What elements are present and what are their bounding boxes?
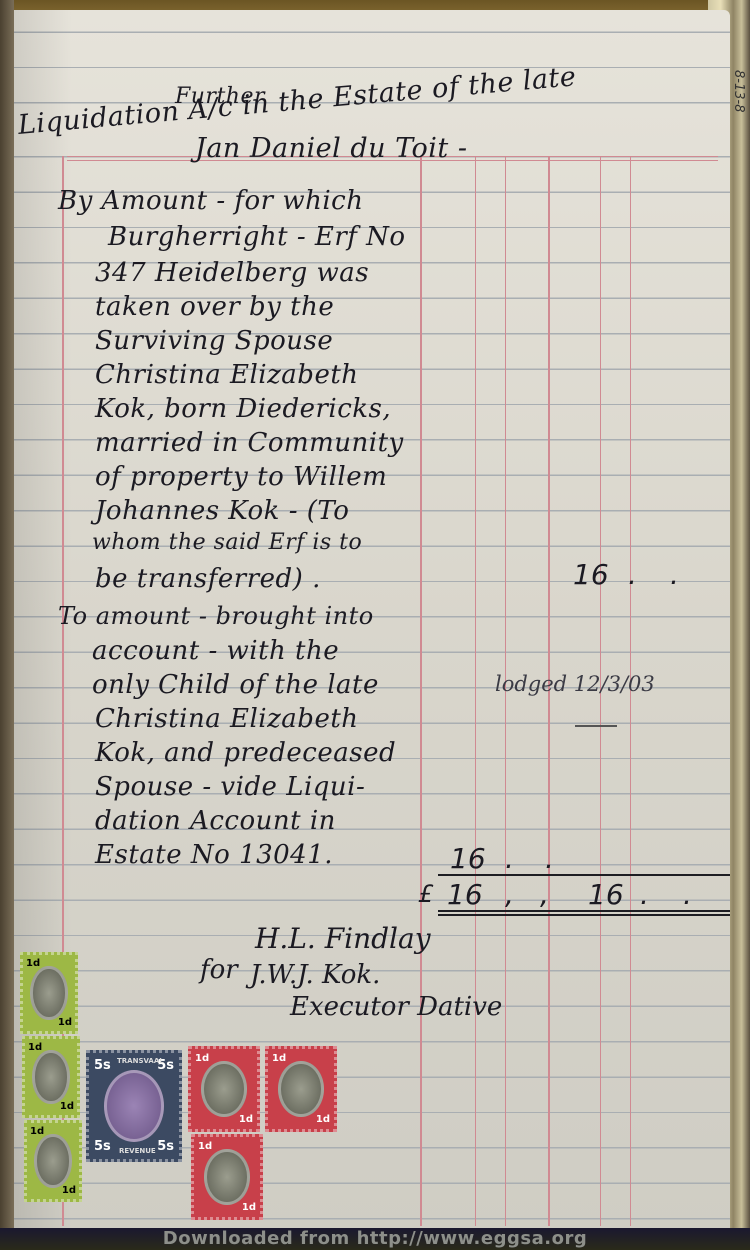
column-line (420, 156, 422, 1226)
entry-2-line: Christina Elizabeth (95, 704, 359, 734)
entry-2-pounds: 16 (450, 842, 486, 875)
entry-1-line: of property to Willem (95, 462, 387, 492)
book-spine (0, 0, 14, 1250)
entry-2-line: Spouse - vide Liqui- (95, 772, 365, 802)
signature-role: Executor Dative (290, 992, 502, 1022)
signature-for-label: for (200, 955, 238, 985)
entry-2-line: To amount - brought into (58, 602, 374, 630)
entry-2-line: account - with the (92, 636, 339, 666)
edge-note: 8-13-8 (731, 70, 746, 112)
total-left-pence: , (540, 878, 549, 911)
subtotal-rule (438, 874, 730, 876)
total-right-pounds: 16 (588, 878, 624, 911)
column-line (475, 156, 476, 1226)
revenue-stamp-1d-green: 1d1d (22, 1036, 80, 1118)
total-right-pence: . (683, 878, 692, 911)
entry-1-line: whom the said Erf is to (92, 530, 362, 555)
entry-1-shillings: . (628, 558, 637, 591)
lodged-underline (575, 725, 617, 727)
entry-1-line: Surviving Spouse (95, 326, 333, 356)
total-left-shillings: , (505, 878, 514, 911)
entry-2-pence: . (545, 842, 554, 875)
entry-1-line: 347 Heidelberg was (95, 258, 369, 288)
entry-2-line: dation Account in (95, 806, 336, 836)
revenue-stamp-5s-blue: 5s 5s 5s 5s TRANSVAAL REVENUE (86, 1050, 182, 1162)
revenue-stamp-1d-red: 1d1d (191, 1134, 263, 1220)
total-left-pounds: 16 (447, 878, 483, 911)
entry-1-pence: . (670, 558, 679, 591)
entry-1-line: By Amount - for which (58, 186, 364, 216)
total-right-shillings: . (640, 878, 649, 911)
entry-1-line: Kok, born Diedericks, (95, 394, 391, 424)
revenue-stamp-1d-green: 1d1d (20, 952, 78, 1034)
entry-1-pounds: 16 (573, 558, 609, 591)
lodged-note: lodged 12/3/03 (495, 672, 655, 696)
entry-1-line: be transferred) . (95, 564, 321, 594)
entry-1-line: Burgherright - Erf No (108, 222, 406, 252)
entry-2-line: Kok, and predeceased (95, 738, 396, 768)
total-double-rule-bottom (438, 914, 730, 916)
entry-1-line: taken over by the (95, 292, 334, 322)
watermark: Downloaded from http://www.eggsa.org (0, 1228, 750, 1250)
entry-1-line: married in Community (95, 428, 404, 458)
signature-on-behalf: J.W.J. Kok. (250, 960, 380, 990)
revenue-stamp-1d-green: 1d1d (24, 1120, 82, 1202)
entry-2-line: Estate No 13041. (95, 840, 333, 870)
currency-symbol: £ (418, 880, 433, 908)
revenue-stamp-1d-red: 1d1d (265, 1046, 337, 1132)
signature-signer: H.L. Findlay (255, 922, 431, 955)
entry-2-line: only Child of the late (92, 670, 379, 700)
entry-1-line: Christina Elizabeth (95, 360, 359, 390)
heading-deceased-name: Jan Daniel du Toit - (195, 133, 467, 164)
entry-1-line: Johannes Kok - (To (95, 496, 349, 526)
entry-2-shillings: . (505, 842, 514, 875)
total-double-rule-top (438, 910, 730, 912)
revenue-stamp-1d-red: 1d1d (188, 1046, 260, 1132)
